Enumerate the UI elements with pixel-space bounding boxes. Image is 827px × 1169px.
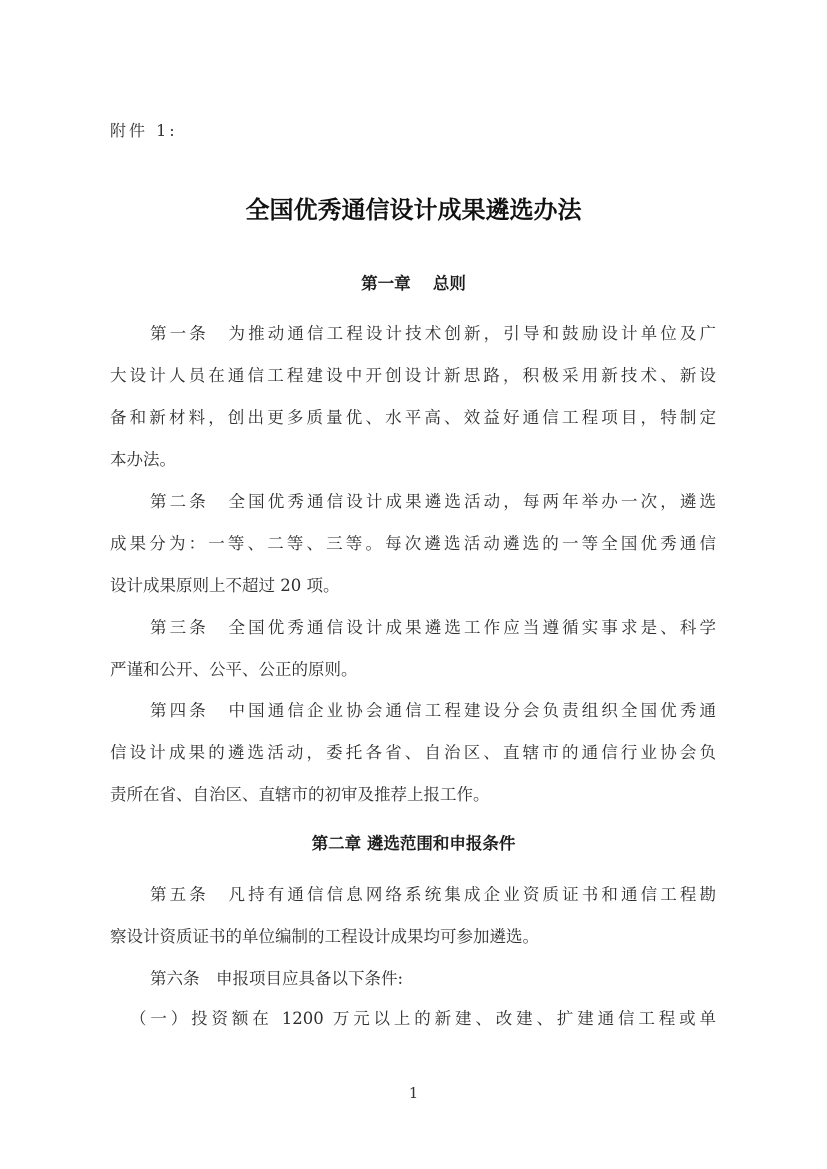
article-2-line-2: 成果分为：一等、二等、三等。每次遴选活动遴选的一等全国优秀通信 [110, 530, 716, 554]
article-2-line-3: 设计成果原则上不超过 20 项。 [110, 572, 716, 596]
document-title: 全国优秀通信设计成果遴选办法 [0, 190, 827, 225]
article-5-line-1: 第五条 凡持有通信信息网络系统集成企业资质证书和通信工程勘 [150, 881, 716, 905]
article-4-line-2: 信设计成果的遴选活动，委托各省、自治区、直辖市的通信行业协会负 [110, 739, 716, 763]
article-6-item-1-line-1: （一）投资额在 1200 万元以上的新建、改建、扩建通信工程或单 [130, 1005, 716, 1029]
article-1-line-3: 备和新材料，创出更多质量优、水平高、效益好通信工程项目，特制定 [110, 404, 716, 428]
page-number: 1 [0, 1084, 827, 1102]
article-4-line-3: 责所在省、自治区、直辖市的初审及推荐上报工作。 [110, 781, 716, 805]
chapter-heading-2: 第二章 遴选范围和申报条件 [0, 830, 827, 854]
article-3-line-1: 第三条 全国优秀通信设计成果遴选工作应当遵循实事求是、科学 [150, 614, 716, 638]
article-2-line-1: 第二条 全国优秀通信设计成果遴选活动，每两年举办一次，遴选 [150, 488, 716, 512]
article-6-line-1: 第六条 申报项目应具备以下条件: [150, 965, 716, 989]
article-3-line-2: 严谨和公开、公平、公正的原则。 [110, 656, 716, 680]
article-1-line-4: 本办法。 [110, 446, 716, 470]
article-1-line-2: 大设计人员在通信工程建设中开创设计新思路，积极采用新技术、新设 [110, 362, 716, 386]
article-1-line-1: 第一条 为推动通信工程设计技术创新，引导和鼓励设计单位及广 [150, 320, 716, 344]
article-5-line-2: 察设计资质证书的单位编制的工程设计成果均可参加遴选。 [110, 923, 716, 947]
article-4-line-1: 第四条 中国通信企业协会通信工程建设分会负责组织全国优秀通 [150, 697, 716, 721]
attachment-label: 附件 1: [110, 118, 178, 141]
chapter-heading-1: 第一章 总则 [0, 270, 827, 294]
